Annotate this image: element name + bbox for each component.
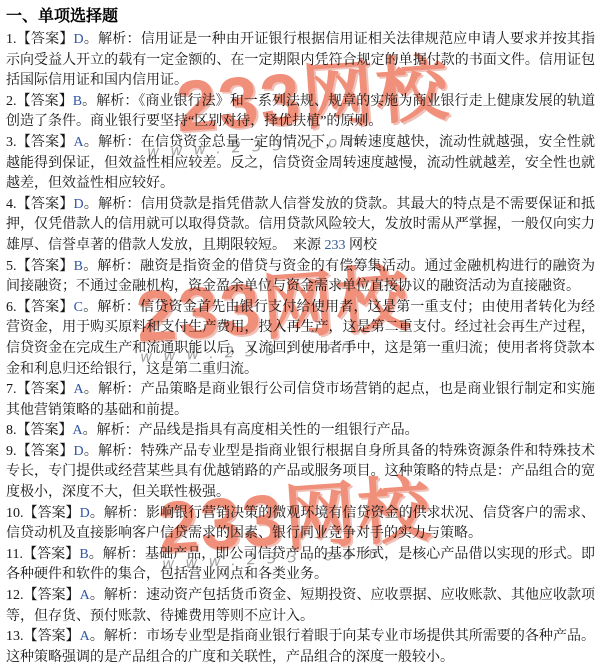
- answer-item-10: 10.【答案】D。解析：影响银行营销决策的微观环境有信贷资金的供求状况、信贷客户…: [6, 504, 595, 545]
- explain-label: 。解析：: [82, 94, 138, 109]
- explain-label: 。解析：: [84, 382, 141, 397]
- document-page: 233网校 www.233.com 233网校 www.233.com 233网…: [0, 0, 600, 667]
- answer-item-4: 4.【答案】D。解析：信用贷款是指凭借款人信誉发放的贷款。其最大的特点是不需要保…: [6, 195, 595, 257]
- answer-letter: B: [74, 259, 83, 274]
- source-note: 来源 233 网校: [279, 238, 377, 253]
- answer-sheet-content: 一、单项选择题 1.【答案】D。解析：信用证是一种由开证银行根据信用证相关法律规…: [0, 0, 600, 667]
- answer-letter: D: [74, 444, 84, 459]
- answer-bracket-label: 【答案】: [24, 629, 80, 644]
- item-number: 8.: [6, 423, 17, 438]
- answer-letter: B: [79, 547, 88, 562]
- answer-letter: D: [74, 32, 84, 47]
- answer-bracket-label: 【答案】: [24, 588, 80, 603]
- answer-bracket-label: 【答案】: [17, 32, 74, 47]
- source-suffix: 网校: [346, 238, 378, 253]
- answer-bracket-label: 【答案】: [17, 197, 74, 212]
- answer-letter: D: [80, 506, 90, 521]
- explain-label: 。解析：: [83, 423, 139, 438]
- explain-label: 。解析：: [84, 197, 141, 212]
- answer-letter: A: [80, 629, 90, 644]
- answer-item-2: 2.【答案】B。解析：《商业银行法》和一系列法规、规章的实施为商业银行走上健康发…: [6, 92, 595, 133]
- explain-label: 。解析：: [83, 300, 140, 315]
- answer-item-11: 11.【答案】B。解析：基础产品，即公司信贷产品的基本形式，是核心产品借以实现的…: [6, 545, 595, 586]
- answer-item-6: 6.【答案】C。解析：信贷资金首先由银行支付给使用者，这是第一重支付；由使用者转…: [6, 298, 595, 380]
- answer-item-12: 12.【答案】A。解析：速动资产包括货币资金、短期投资、应收票据、应收账款、其他…: [6, 586, 595, 627]
- source-233-link[interactable]: 233: [325, 238, 346, 253]
- item-number: 2.: [6, 94, 17, 109]
- answer-item-5: 5.【答案】B。解析：融资是指资金的借贷与资金的有偿筹集活动。通过金融机构进行的…: [6, 257, 595, 298]
- answer-letter: A: [74, 382, 84, 397]
- answer-item-13: 13.【答案】A。解析：市场专业型是指商业银行着眼于向某专业市场提供其所需要的各…: [6, 627, 595, 667]
- item-number: 7.: [6, 382, 17, 397]
- answer-letter: C: [74, 300, 83, 315]
- item-number: 9.: [6, 444, 17, 459]
- item-number: 10.: [6, 506, 24, 521]
- section-title: 一、单项选择题: [6, 6, 595, 28]
- explain-label: 。解析：: [89, 547, 145, 562]
- answer-bracket-label: 【答案】: [23, 547, 79, 562]
- answer-bracket-label: 【答案】: [17, 423, 73, 438]
- explain-label: 。解析：: [84, 444, 141, 459]
- answer-item-1: 1.【答案】D。解析：信用证是一种由开证银行根据信用证相关法律规范应申请人要求并…: [6, 30, 595, 92]
- answer-letter: A: [80, 588, 90, 603]
- answer-bracket-label: 【答案】: [17, 300, 74, 315]
- answer-item-8: 8.【答案】A。解析：产品线是指具有高度相关性的一组银行产品。: [6, 421, 595, 442]
- answer-bracket-label: 【答案】: [17, 444, 74, 459]
- answer-letter: A: [74, 135, 84, 150]
- answer-letter: D: [74, 197, 84, 212]
- item-number: 11.: [6, 547, 23, 562]
- item-number: 12.: [6, 588, 24, 603]
- explain-label: 。解析：: [90, 506, 146, 521]
- answer-bracket-label: 【答案】: [24, 506, 80, 521]
- answer-bracket-label: 【答案】: [17, 382, 74, 397]
- item-number: 13.: [6, 629, 24, 644]
- item-number: 1.: [6, 32, 17, 47]
- item-number: 5.: [6, 259, 17, 274]
- item-number: 3.: [6, 135, 17, 150]
- explain-label: 。解析：: [83, 259, 140, 274]
- item-number: 4.: [6, 197, 17, 212]
- answer-letter: B: [73, 94, 82, 109]
- explain-label: 。解析：: [84, 135, 141, 150]
- explain-label: 。解析：: [84, 32, 141, 47]
- answer-item-3: 3.【答案】A。解析：在信贷资金总量一定的情况下，周转速度越快，流动性就越强，安…: [6, 133, 595, 195]
- item-number: 6.: [6, 300, 17, 315]
- answer-bracket-label: 【答案】: [17, 94, 73, 109]
- explanation-text: 产品线是指具有高度相关性的一组银行产品。: [139, 423, 419, 438]
- source-prefix: 来源: [279, 238, 325, 253]
- explain-label: 。解析：: [90, 629, 146, 644]
- answer-item-9: 9.【答案】D。解析：特殊产品专业型是指商业银行根据自身所具备的特殊资源条件和特…: [6, 442, 595, 504]
- answer-bracket-label: 【答案】: [17, 135, 74, 150]
- answer-item-7: 7.【答案】A。解析：产品策略是商业银行公司信贷市场营销的起点，也是商业银行制定…: [6, 380, 595, 421]
- answer-letter: A: [73, 423, 83, 438]
- answer-bracket-label: 【答案】: [17, 259, 74, 274]
- explain-label: 。解析：: [90, 588, 146, 603]
